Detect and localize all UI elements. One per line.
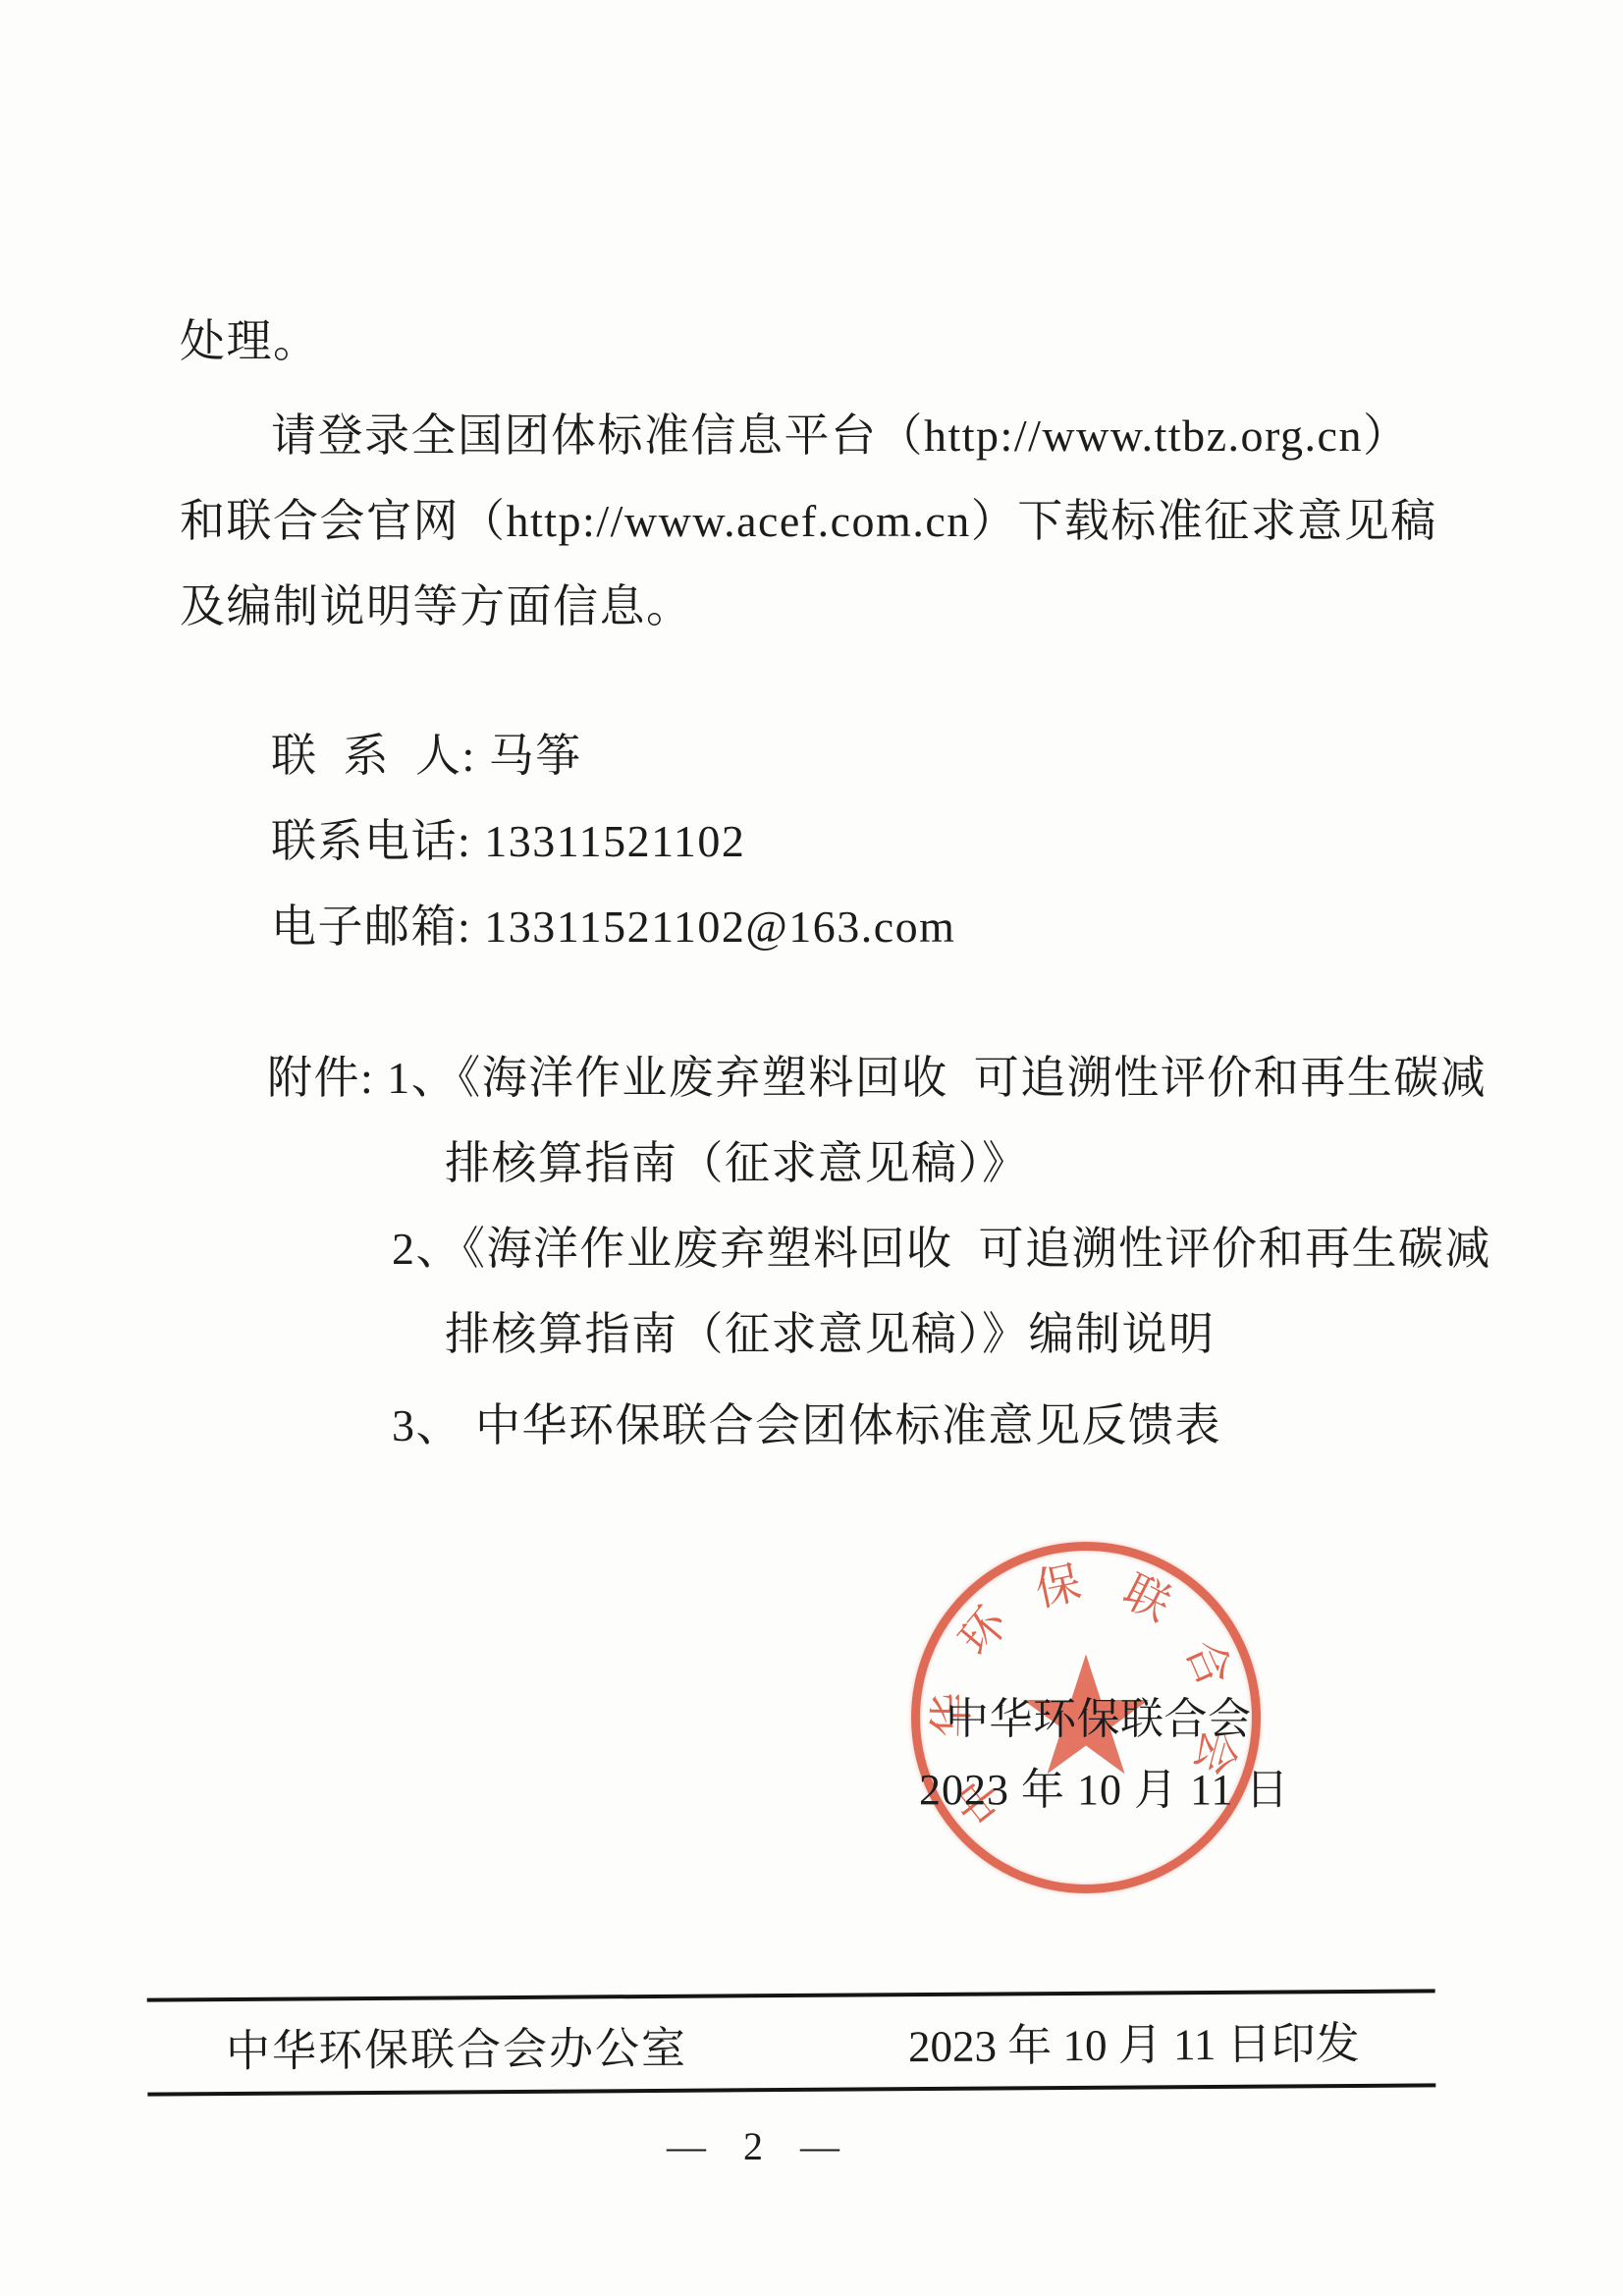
footer: 中华环保联合会办公室 2023 年 10 月 11 日印发 [147,1989,1436,2096]
page-number: — 2 — [550,2123,962,2169]
attachment-2-line2: 排核算指南（征求意见稿）》编制说明 [445,1307,1216,1362]
signature-org: 中华环保联合会 [946,1683,1252,1746]
signature-date: 2023 年 10 月 11 日 [919,1754,1289,1817]
contact-person: 联 系 人: 马筝 [271,729,582,784]
attachment-1-line2: 排核算指南（征求意见稿）》 [445,1136,1029,1191]
attachment-1-line1: 附件: 1、《海洋作业废弃塑料回收 可追溯性评价和再生碳减 [267,1051,1487,1106]
contact-email: 电子邮箱: 13311521102@163.com [271,900,955,955]
body-para2-line2: 和联合会官网（http://www.acef.com.cn）下载标准征求意见稿 [180,494,1437,549]
attachment-2-line1: 2、《海洋作业废弃塑料回收 可追溯性评价和再生碳减 [392,1222,1491,1277]
document-page: 处理。 请登录全国团体标准信息平台（http://www.ttbz.org.cn… [0,0,1623,2296]
body-para1-end: 处理。 [180,314,320,369]
seal-arc-char: 环 [950,1599,1017,1666]
seal-arc-char: 保 [1030,1559,1086,1615]
attachment-3: 3、 中华环保联合会团体标准意见反馈表 [392,1398,1221,1453]
footer-issue-date: 2023 年 10 月 11 日印发 [908,2006,1360,2073]
body-para2-line3: 及编制说明等方面信息。 [180,579,693,634]
contact-phone: 联系电话: 13311521102 [271,814,745,869]
seal-arc-char: 联 [1114,1567,1178,1631]
footer-office: 中华环保联合会办公室 [226,2011,687,2078]
body-para2-line1: 请登录全国团体标准信息平台（http://www.ttbz.org.cn） [271,409,1409,464]
